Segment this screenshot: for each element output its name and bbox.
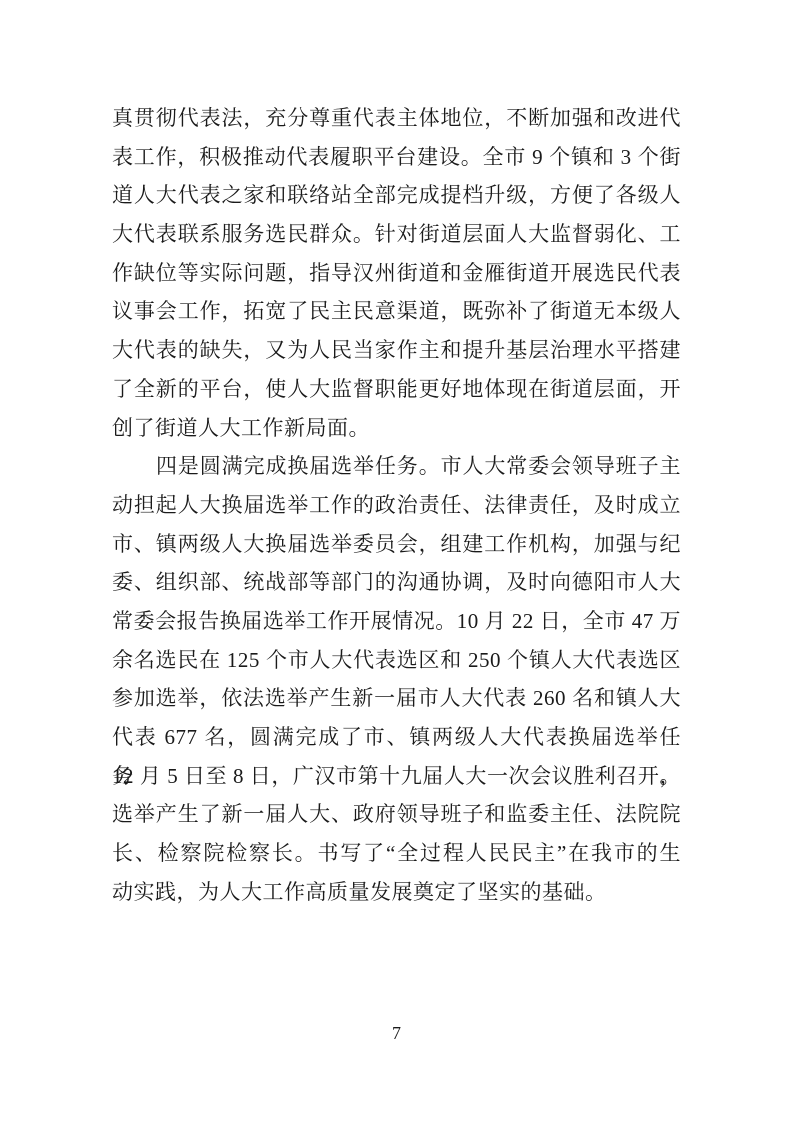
text-line: 议事会工作，拓宽了民主民意渠道，既弥补了街道无本级人 bbox=[112, 292, 681, 331]
text-line: 了全新的平台，使人大监督职能更好地体现在街道层面，开 bbox=[112, 370, 681, 409]
text-line: 动担起人大换届选举工作的政治责任、法律责任，及时成立 bbox=[112, 486, 681, 525]
text-line: 市、镇两级人大换届选举委员会，组建工作机构，加强与纪 bbox=[112, 525, 681, 564]
text-line: 大代表的缺失，又为人民当家作主和提升基层治理水平搭建 bbox=[112, 331, 681, 370]
text-line: 真贯彻代表法，充分尊重代表主体地位，不断加强和改进代 bbox=[112, 99, 681, 138]
text-line: 长、检察院检察长。书写了“全过程人民民主”在我市的生 bbox=[112, 834, 681, 873]
text-line: 表工作，积极推动代表履职平台建设。全市 9 个镇和 3 个街 bbox=[112, 138, 681, 177]
text-line: 创了街道人大工作新局面。 bbox=[112, 409, 681, 448]
document-body: 真贯彻代表法，充分尊重代表主体地位，不断加强和改进代表工作，积极推动代表履职平台… bbox=[112, 99, 681, 911]
text-line: 动实践，为人大工作高质量发展奠定了坚实的基础。 bbox=[112, 873, 681, 912]
document-page: 真贯彻代表法，充分尊重代表主体地位，不断加强和改进代表工作，积极推动代表履职平台… bbox=[0, 0, 793, 1122]
text-line: 道人大代表之家和联络站全部完成提档升级，方便了各级人 bbox=[112, 176, 681, 215]
text-line: 作缺位等实际问题，指导汉州街道和金雁街道开展选民代表 bbox=[112, 254, 681, 293]
text-line: 代表 677 名，圆满完成了市、镇两级人大代表换届选举任务。 bbox=[112, 718, 681, 757]
text-line: 常委会报告换届选举工作开展情况。10 月 22 日，全市 47 万 bbox=[112, 602, 681, 641]
text-line: 12 月 5 日至 8 日，广汉市第十九届人大一次会议胜利召开， bbox=[112, 757, 681, 796]
text-line: 大代表联系服务选民群众。针对街道层面人大监督弱化、工 bbox=[112, 215, 681, 254]
page-number: 7 bbox=[0, 1023, 793, 1043]
text-line: 余名选民在 125 个市人大代表选区和 250 个镇人大代表选区 bbox=[112, 641, 681, 680]
text-line: 四是圆满完成换届选举任务。市人大常委会领导班子主 bbox=[112, 447, 681, 486]
text-line: 参加选举，依法选举产生新一届市人大代表 260 名和镇人大 bbox=[112, 679, 681, 718]
text-line: 委、组织部、统战部等部门的沟通协调，及时向德阳市人大 bbox=[112, 563, 681, 602]
text-line: 选举产生了新一届人大、政府领导班子和监委主任、法院院 bbox=[112, 795, 681, 834]
